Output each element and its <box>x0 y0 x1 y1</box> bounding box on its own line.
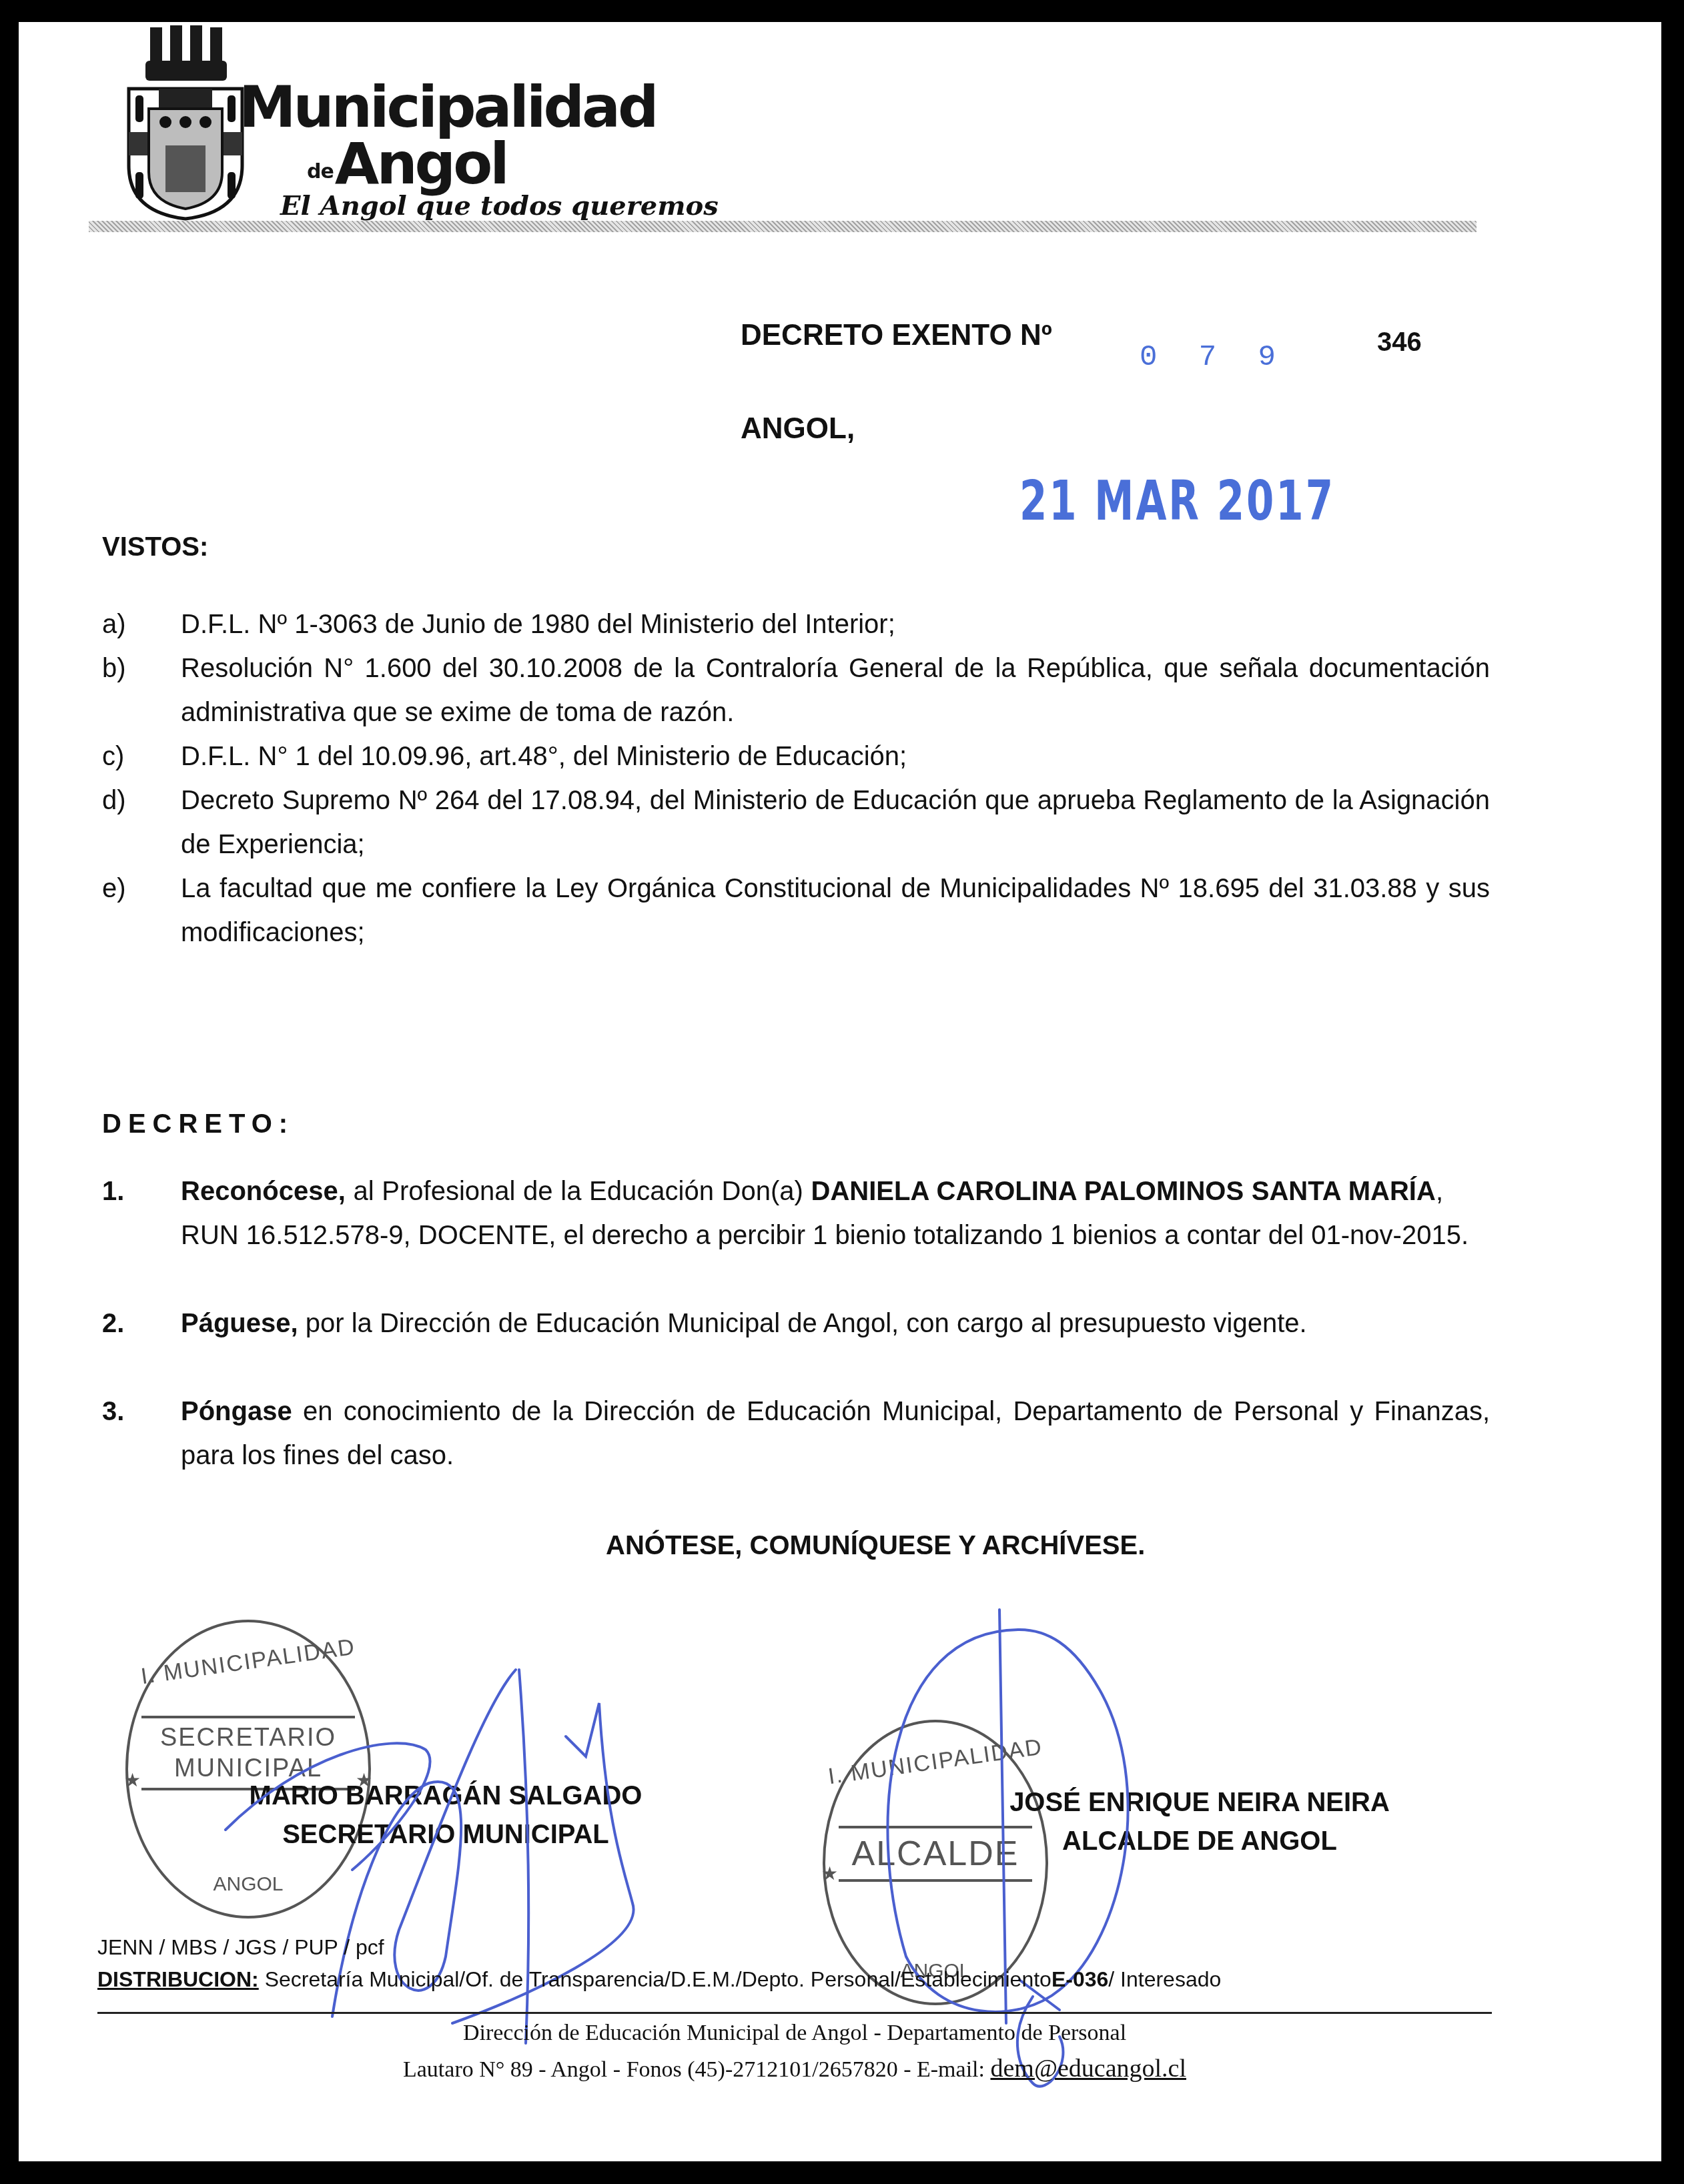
header-divider <box>89 221 1477 232</box>
decree-title: DECRETO EXENTO Nº <box>741 319 1052 352</box>
secretary-seal: I. MUNICIPALIDAD SECRETARIO MUNICIPAL ★★… <box>125 1620 371 1919</box>
typist-initials: JENN / MBS / JGS / PUP / pcf <box>97 1935 384 1960</box>
decree-place: ANGOL, <box>741 412 855 446</box>
footer-office: Dirección de Educación Municipal de Ango… <box>97 2021 1492 2046</box>
vistos-item: d)Decreto Supremo Nº 264 del 17.08.94, d… <box>102 778 1490 867</box>
signer-name: MARIO BARRAGÁN SALGADO <box>246 1776 646 1815</box>
footer-contact: Lautaro N° 89 - Angol - Fonos (45)-27121… <box>97 2054 1492 2083</box>
beneficiary-name: DANIELA CAROLINA PALOMINOS SANTA MARÍA <box>811 1177 1436 1206</box>
decreto-item: 3.Póngase en conocimiento de la Direcció… <box>102 1390 1490 1478</box>
vistos-list: a)D.F.L. Nº 1-3063 de Junio de 1980 del … <box>102 602 1490 955</box>
signer-name: JOSÉ ENRIQUE NEIRA NEIRA <box>999 1783 1400 1822</box>
brand-city: deAngol <box>307 135 507 193</box>
decreto-heading: DECRETO: <box>102 1109 294 1139</box>
footer-divider <box>97 2012 1492 2014</box>
signer-role: ALCALDE DE ANGOL <box>999 1822 1400 1860</box>
vistos-item: e)La facultad que me confiere la Ley Org… <box>102 867 1490 955</box>
secretary-signature-block: MARIO BARRAGÁN SALGADO SECRETARIO MUNICI… <box>246 1776 646 1854</box>
email-link[interactable]: dem@educangol.cl <box>990 2055 1186 2083</box>
stamped-date: 21 MAR 2017 <box>1019 469 1335 533</box>
brand-name: Municipalidad <box>239 79 657 136</box>
decreto-item: 1.Reconócese, al Profesional de la Educa… <box>102 1169 1490 1257</box>
stamped-decree-number: 0 7 9 <box>1140 341 1288 374</box>
signer-role: SECRETARIO MUNICIPAL <box>246 1815 646 1854</box>
star-icon: ★ <box>124 1769 141 1791</box>
distribution-list: DISTRIBUCION: Secretaría Municipal/Of. d… <box>97 1967 1221 1992</box>
brand-tagline: El Angol que todos queremos <box>280 190 719 221</box>
decreto-item: 2.Páguese, por la Dirección de Educación… <box>102 1301 1490 1345</box>
vistos-item: a)D.F.L. Nº 1-3063 de Junio de 1980 del … <box>102 602 1490 646</box>
scanned-document-page: Municipalidad deAngol El Angol que todos… <box>19 22 1661 2161</box>
closing-formula: ANÓTESE, COMUNÍQUESE Y ARCHÍVESE. <box>606 1531 1145 1561</box>
star-icon: ★ <box>821 1862 838 1884</box>
decreto-list: 1.Reconócese, al Profesional de la Educa… <box>102 1169 1490 1522</box>
vistos-heading: VISTOS: <box>102 532 208 562</box>
decree-number: 346 <box>1377 328 1422 358</box>
mayor-seal: I. MUNICIPALIDAD ALCALDE ★ ANGOL <box>823 1720 1048 2005</box>
mayor-signature-block: JOSÉ ENRIQUE NEIRA NEIRA ALCALDE DE ANGO… <box>999 1783 1400 1860</box>
vistos-item: b)Resolución N° 1.600 del 30.10.2008 de … <box>102 646 1490 734</box>
vistos-item: c)D.F.L. N° 1 del 10.09.96, art.48°, del… <box>102 734 1490 778</box>
